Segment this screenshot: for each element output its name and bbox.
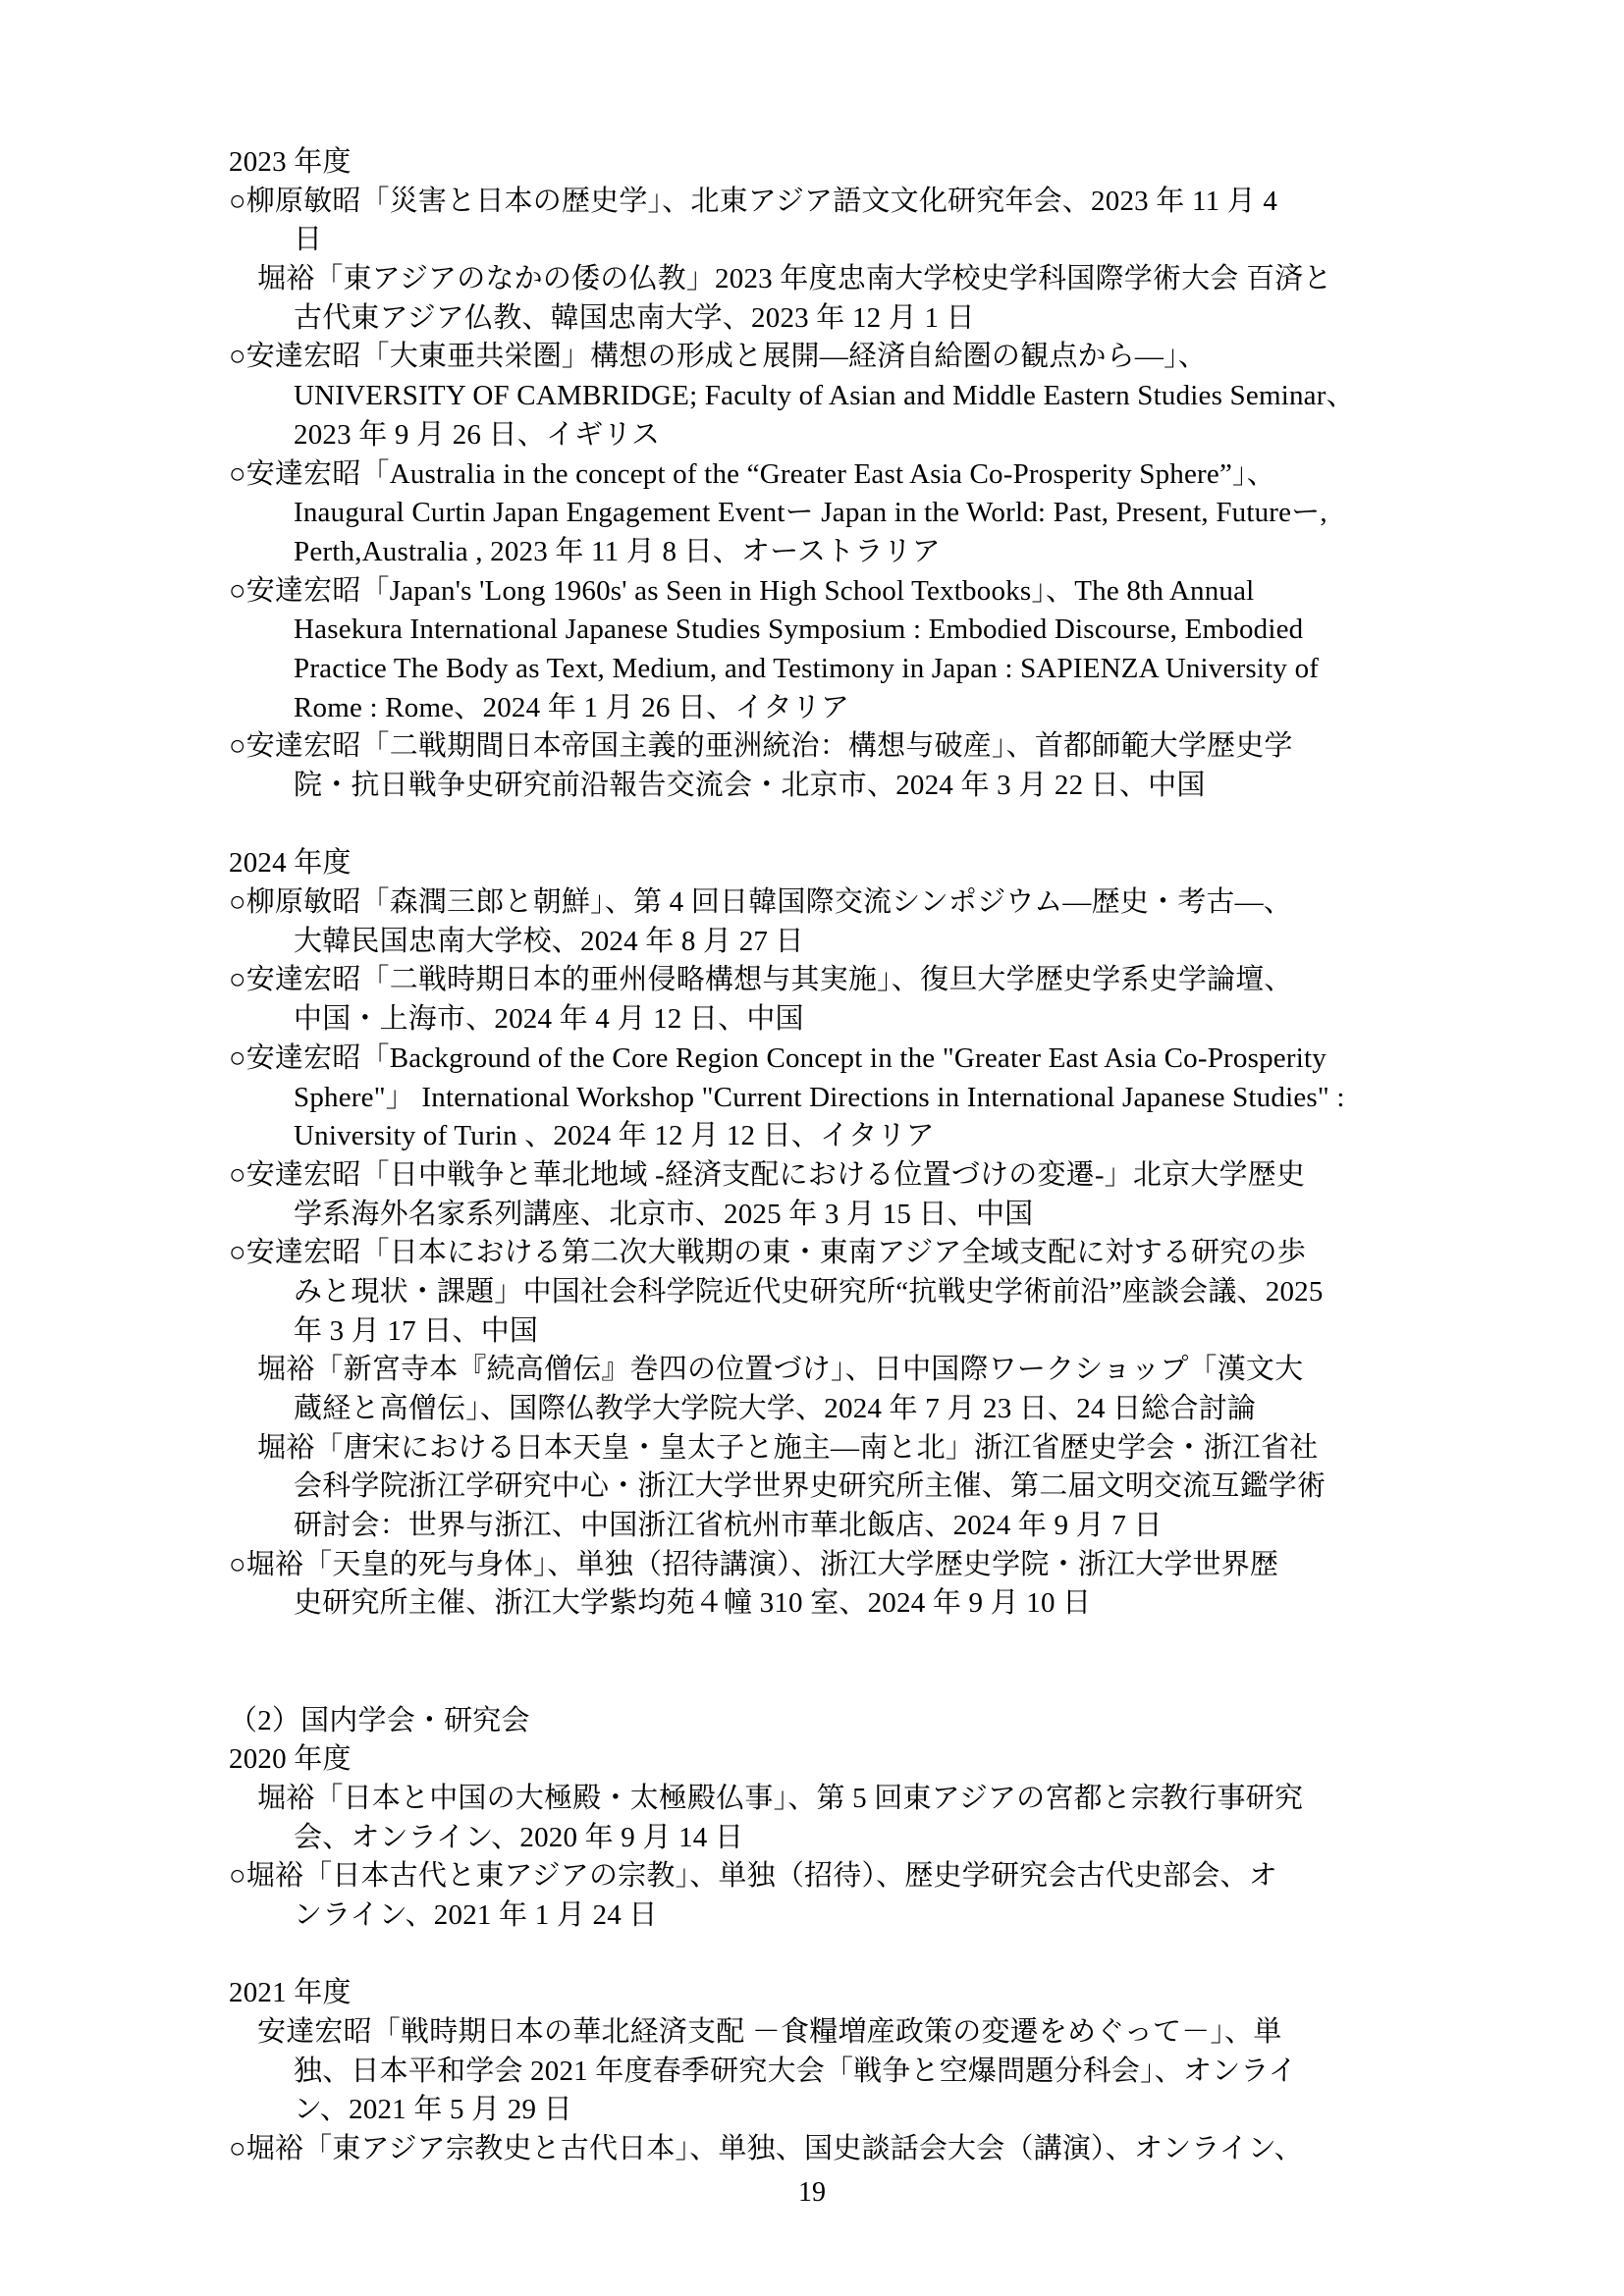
doc-line: 堀裕「東アジアのなかの倭の仏教」2023 年度忠南大学校史学科国際学術大会 百済… bbox=[229, 260, 1407, 299]
doc-line: 古代東アジア仏教、韓国忠南大学、2023 年 12 月 1 日 bbox=[229, 299, 1407, 339]
doc-line: 安達宏昭「戦時期日本の華北経済支配 －食糧増産政策の変遷をめぐって－」、単 bbox=[229, 2013, 1407, 2053]
doc-line: ○堀裕「日本古代と東アジアの宗教」、単独（招待）、歴史学研究会古代史部会、オ bbox=[229, 1857, 1407, 1896]
doc-line: Perth,Australia , 2023 年 11 月 8 日、オーストラリ… bbox=[229, 533, 1407, 572]
doc-line: 2023 年 9 月 26 日、イギリス bbox=[229, 416, 1407, 455]
text-block: 2023 年度 ○柳原敏昭「災害と日本の歴史学」、北東アジア語文文化研究年会、2… bbox=[229, 143, 1407, 2169]
doc-line: ○堀裕「東アジア宗教史と古代日本」、単独、国史談話会大会（講演）、オンライン、 bbox=[229, 2130, 1407, 2169]
doc-line: ○安達宏昭「Background of the Core Region Conc… bbox=[229, 1040, 1407, 1079]
doc-line: 年 3 月 17 日、中国 bbox=[229, 1312, 1407, 1352]
doc-line: 院・抗日戦争史研究前沿報告交流会・北京市、2024 年 3 月 22 日、中国 bbox=[229, 767, 1407, 806]
doc-line: 研討会：世界与浙江、中国浙江省杭州市華北飯店、2024 年 9 月 7 日 bbox=[229, 1507, 1407, 1546]
doc-line: ○安達宏昭「Japan's 'Long 1960s' as Seen in Hi… bbox=[229, 572, 1407, 612]
doc-line: 中国・上海市、2024 年 4 月 12 日、中国 bbox=[229, 1000, 1407, 1040]
doc-line: ○柳原敏昭「災害と日本の歴史学」、北東アジア語文文化研究年会、2023 年 11… bbox=[229, 183, 1407, 222]
doc-line: みと現状・課題」中国社会科学院近代史研究所“抗戦史学術前沿”座談会議、2025 bbox=[229, 1273, 1407, 1312]
doc-line: ○安達宏昭「二戦時期日本的亜州侵略構想与其実施」、復旦大学歴史学系史学論壇、 bbox=[229, 961, 1407, 1000]
doc-line: ○安達宏昭「日本における第二次大戦期の東・東南アジア全域支配に対する研究の歩 bbox=[229, 1234, 1407, 1273]
doc-line: 蔵経と高僧伝」、国際仏教学大学院大学、2024 年 7 月 23 日、24 日総… bbox=[229, 1390, 1407, 1429]
doc-line: Rome : Rome、2024 年 1 月 26 日、イタリア bbox=[229, 689, 1407, 728]
doc-blank-line bbox=[229, 1624, 1407, 1663]
doc-line: Sphere"」 International Workshop "Current… bbox=[229, 1079, 1407, 1118]
doc-line: Practice The Body as Text, Medium, and T… bbox=[229, 650, 1407, 689]
doc-line: 堀裕「新宮寺本『続高僧伝』巻四の位置づけ」、日中国際ワークショップ「漢文大 bbox=[229, 1351, 1407, 1390]
doc-line-year-header: 2024 年度 bbox=[229, 844, 1407, 883]
doc-line: ○安達宏昭「大東亜共栄圏」構想の形成と展開—経済自給圏の観点から—」、 bbox=[229, 338, 1407, 377]
doc-line: 堀裕「唐宋における日本天皇・皇太子と施主—南と北」浙江省歴史学会・浙江省社 bbox=[229, 1429, 1407, 1468]
page-number: 19 bbox=[0, 2177, 1624, 2209]
doc-line: ン、2021 年 5 月 29 日 bbox=[229, 2091, 1407, 2130]
doc-line: ○安達宏昭「Australia in the concept of the “G… bbox=[229, 455, 1407, 495]
doc-blank-line bbox=[229, 1663, 1407, 1702]
doc-line: University of Turin 、2024 年 12 月 12 日、イタ… bbox=[229, 1117, 1407, 1156]
doc-line: 大韓民国忠南大学校、2024 年 8 月 27 日 bbox=[229, 923, 1407, 962]
doc-line: 堀裕「日本と中国の大極殿・太極殿仏事」、第 5 回東アジアの宮都と宗教行事研究 bbox=[229, 1780, 1407, 1819]
doc-blank-line bbox=[229, 1936, 1407, 1975]
doc-line: 学系海外名家系列講座、北京市、2025 年 3 月 15 日、中国 bbox=[229, 1196, 1407, 1235]
doc-line: 会科学院浙江学研究中心・浙江大学世界史研究所主催、第二届文明交流互鑑学術 bbox=[229, 1468, 1407, 1507]
doc-line: 史研究所主催、浙江大学紫均苑４幢 310 室、2024 年 9 月 10 日 bbox=[229, 1584, 1407, 1624]
doc-line: 独、日本平和学会 2021 年度春季研究大会「戦争と空爆問題分科会」、オンライ bbox=[229, 2053, 1407, 2092]
doc-line: Hasekura International Japanese Studies … bbox=[229, 611, 1407, 650]
doc-line: ンライン、2021 年 1 月 24 日 bbox=[229, 1896, 1407, 1936]
doc-line: ○柳原敏昭「森潤三郎と朝鮮」、第 4 回日韓国際交流シンポジウム—歴史・考古—、 bbox=[229, 883, 1407, 923]
doc-line: UNIVERSITY OF CAMBRIDGE; Faculty of Asia… bbox=[229, 377, 1407, 416]
doc-line-year-header: 2021 年度 bbox=[229, 1974, 1407, 2013]
doc-line-section-header: （2）国内学会・研究会 bbox=[229, 1702, 1407, 1741]
doc-line: ○安達宏昭「日中戦争と華北地域 -経済支配における位置づけの変遷-」北京大学歴史 bbox=[229, 1156, 1407, 1196]
page-background: 2023 年度 ○柳原敏昭「災害と日本の歴史学」、北東アジア語文文化研究年会、2… bbox=[0, 0, 1624, 2296]
doc-blank-line bbox=[229, 806, 1407, 845]
doc-line: 日 bbox=[229, 221, 1407, 260]
document-page: { "doc": { "kind": "academic-presentatio… bbox=[0, 0, 1624, 2296]
doc-line: Inaugural Curtin Japan Engagement Eventー… bbox=[229, 494, 1407, 533]
doc-line: ○安達宏昭「二戦期間日本帝国主義的亜洲統治：構想与破産」、首都師範大学歴史学 bbox=[229, 727, 1407, 767]
doc-line: 会、オンライン、2020 年 9 月 14 日 bbox=[229, 1819, 1407, 1858]
doc-line-year-header: 2023 年度 bbox=[229, 143, 1407, 183]
doc-line-year-header: 2020 年度 bbox=[229, 1740, 1407, 1780]
doc-line: ○堀裕「天皇的死与身体」、単独（招待講演）、浙江大学歴史学院・浙江大学世界歴 bbox=[229, 1546, 1407, 1585]
